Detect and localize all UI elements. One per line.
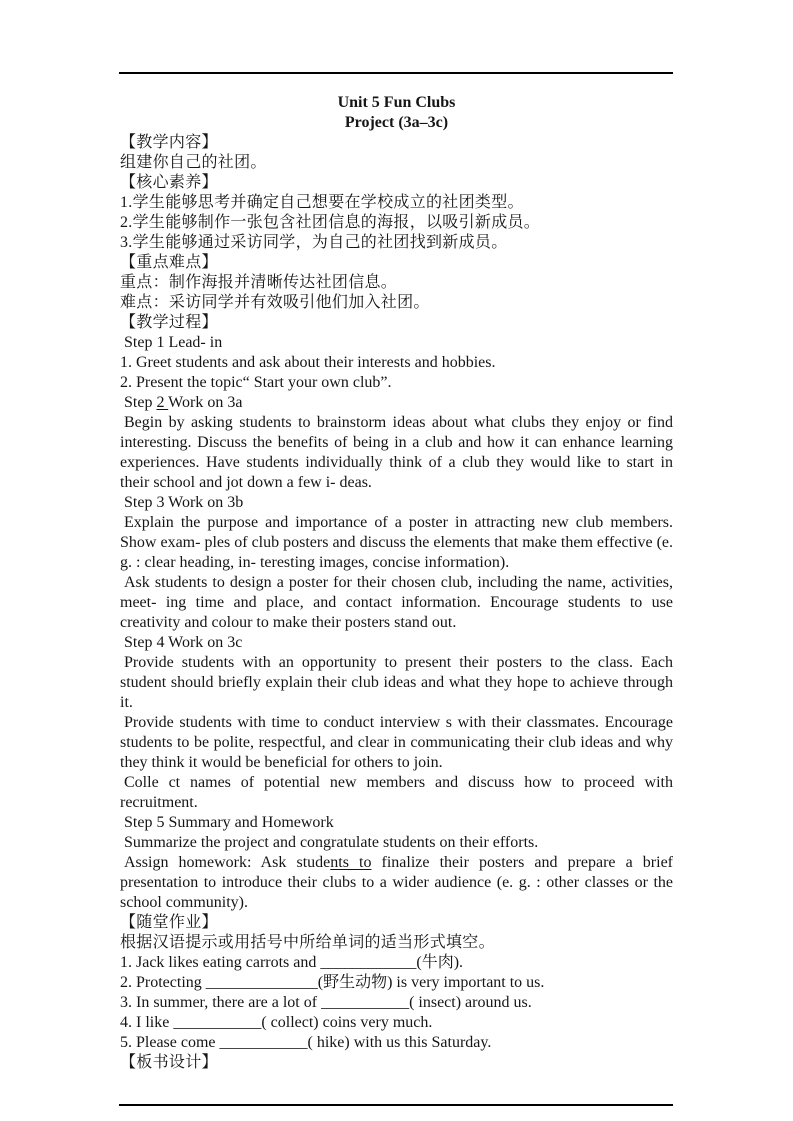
paragraph-line: 【教学过程】 xyxy=(120,313,673,333)
underlined-text: 2 xyxy=(156,394,168,411)
paragraph-line: 根据汉语提示或用括号中所给单词的适当形式填空。 xyxy=(120,933,673,953)
paragraph-line: Step 4 Work on 3c xyxy=(120,633,673,653)
paragraph-line: 组建你自己的社团。 xyxy=(120,153,673,173)
text-run: Step xyxy=(124,394,156,411)
paragraph-line: Summarize the project and congratulate s… xyxy=(120,833,673,853)
text-run: Work on 3a xyxy=(168,394,242,411)
paragraph-line: 重点：制作海报并清晰传达社团信息。 xyxy=(120,273,673,293)
paragraph-line: Begin by asking students to brainstorm i… xyxy=(120,413,673,493)
paragraph-line: Step 2 Work on 3a xyxy=(120,393,673,413)
paragraph-line: 4. I like ___________( collect) coins ve… xyxy=(120,1013,673,1033)
paragraph-line: Provide students with time to conduct in… xyxy=(120,713,673,773)
paragraph-line: 【板书设计】 xyxy=(120,1053,673,1073)
header-rule xyxy=(119,72,673,74)
paragraph-line: 1.学生能够思考并确定自己想要在学校成立的社团类型。 xyxy=(120,193,673,213)
paragraph-line: Explain the purpose and importance of a … xyxy=(120,513,673,573)
paragraph-line: Colle ct names of potential new members … xyxy=(120,773,673,813)
text-run: Assign homework: Ask stude xyxy=(124,854,330,871)
paragraph-line: 【教学内容】 xyxy=(120,133,673,153)
underlined-text: nts to xyxy=(330,854,371,871)
paragraph-line: 【核心素养】 xyxy=(120,173,673,193)
paragraph-line: 难点：采访同学并有效吸引他们加入社团。 xyxy=(120,293,673,313)
paragraph-line: 【重点难点】 xyxy=(120,253,673,273)
paragraph-line: 3. In summer, there are a lot of _______… xyxy=(120,993,673,1013)
doc-title-line1: Unit 5 Fun Clubs xyxy=(120,93,673,113)
footer-rule xyxy=(119,1104,673,1106)
doc-title-line2: Project (3a–3c) xyxy=(120,113,673,133)
paragraph-line: Step 5 Summary and Homework xyxy=(120,813,673,833)
paragraph-line: 3.学生能够通过采访同学，为自己的社团找到新成员。 xyxy=(120,233,673,253)
document-page: Unit 5 Fun Clubs Project (3a–3c) 【教学内容】组… xyxy=(0,0,793,1121)
paragraph-line: 1. Greet students and ask about their in… xyxy=(120,353,673,373)
paragraph-line: 【随堂作业】 xyxy=(120,913,673,933)
paragraph-line: 1. Jack likes eating carrots and _______… xyxy=(120,953,673,973)
paragraph-line: 2.学生能够制作一张包含社团信息的海报，以吸引新成员。 xyxy=(120,213,673,233)
paragraph-line: Assign homework: Ask students to finaliz… xyxy=(120,853,673,913)
paragraph-line: Provide students with an opportunity to … xyxy=(120,653,673,713)
document-content: Unit 5 Fun Clubs Project (3a–3c) 【教学内容】组… xyxy=(120,93,673,1073)
paragraph-line: Ask students to design a poster for thei… xyxy=(120,573,673,633)
paragraph-line: Step 1 Lead- in xyxy=(120,333,673,353)
document-body: 【教学内容】组建你自己的社团。【核心素养】1.学生能够思考并确定自己想要在学校成… xyxy=(120,133,673,1073)
paragraph-line: 2. Protecting ______________(野生动物) is ve… xyxy=(120,973,673,993)
paragraph-line: 5. Please come ___________( hike) with u… xyxy=(120,1033,673,1053)
paragraph-line: 2. Present the topic“ Start your own clu… xyxy=(120,373,673,393)
paragraph-line: Step 3 Work on 3b xyxy=(120,493,673,513)
